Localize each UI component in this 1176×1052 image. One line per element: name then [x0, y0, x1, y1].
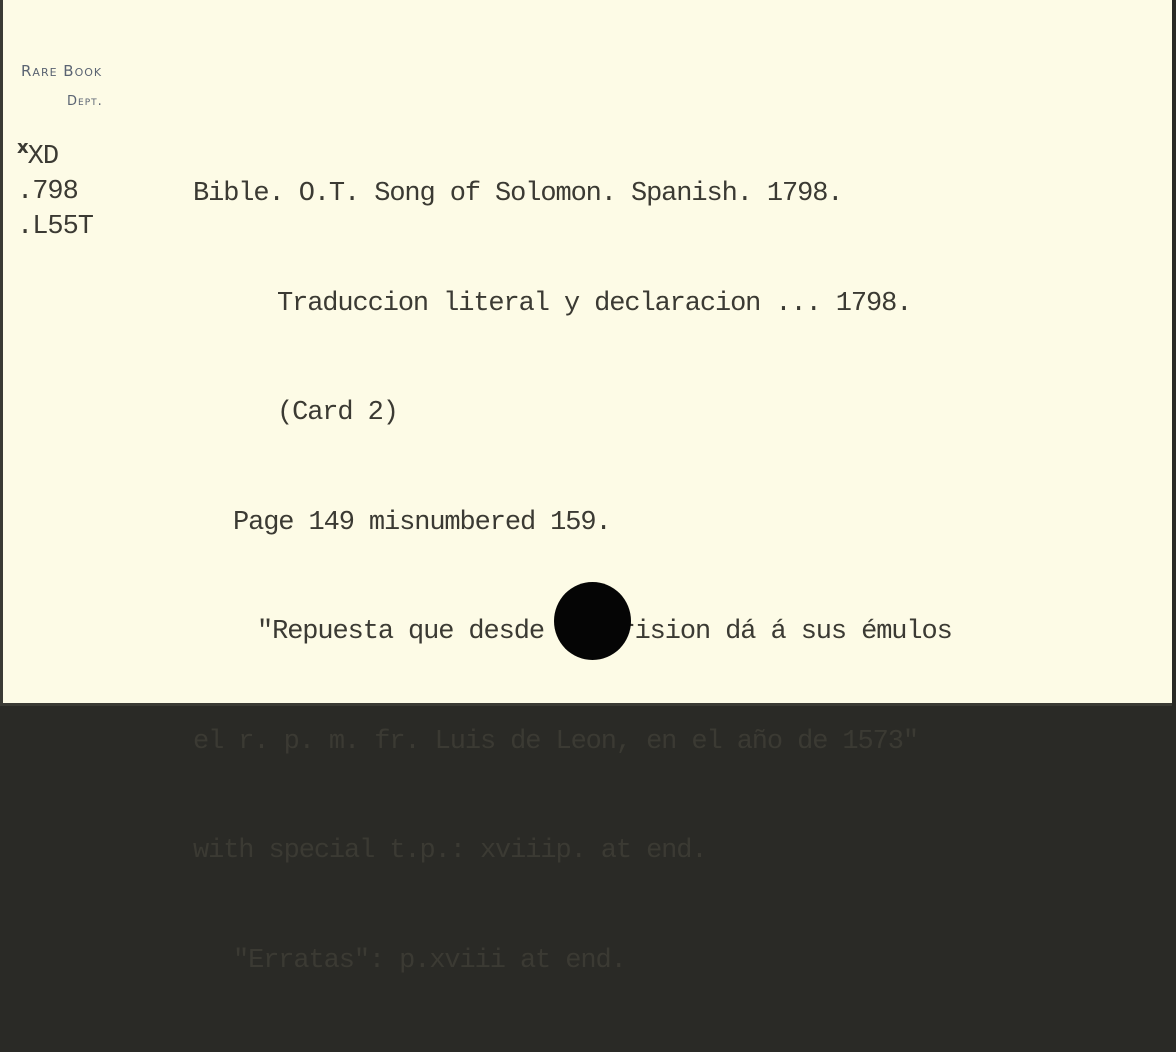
call-number-line: .L55T [17, 210, 93, 245]
entry-heading: Bible. O.T. Song of Solomon. Spanish. 17… [193, 176, 952, 213]
cross-mark-icon: x [17, 137, 28, 158]
entry-note: Page 149 misnumbered 159. [193, 505, 952, 542]
rare-book-dept-stamp: Rare Book Dept. [21, 64, 103, 108]
entry-title: Traduccion literal y declaracion ... 179… [193, 286, 952, 323]
stamp-line-2: Dept. [67, 95, 103, 108]
call-number: xXD .798 .L55T [17, 140, 93, 245]
punch-hole [554, 582, 631, 660]
entry-card-number: (Card 2) [193, 395, 952, 432]
stamp-line-1: Rare Book [21, 64, 103, 79]
call-number-line: .798 [17, 175, 93, 210]
call-number-line: xXD [17, 140, 93, 175]
catalog-card: Rare Book Dept. xXD .798 .L55T Bible. O.… [0, 0, 1172, 706]
